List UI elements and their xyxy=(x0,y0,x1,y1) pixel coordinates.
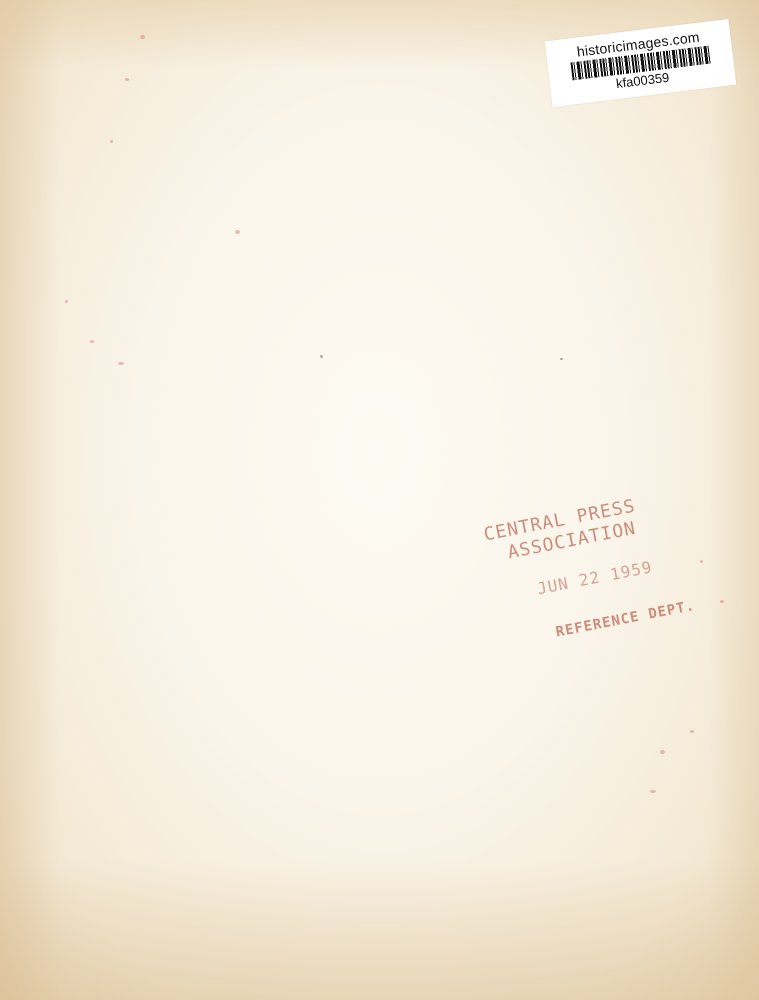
foxing-spot xyxy=(140,35,145,39)
foxing-spot xyxy=(650,790,656,793)
stain-right xyxy=(709,0,759,1000)
stain-bottom xyxy=(0,860,759,1000)
foxing-spot xyxy=(560,358,563,360)
foxing-spot xyxy=(660,750,665,754)
foxing-spot xyxy=(720,600,724,603)
stamp-date: JUN 22 1959 xyxy=(536,557,654,598)
foxing-spot xyxy=(90,340,94,343)
foxing-spot xyxy=(690,730,694,733)
stamp-dept: REFERENCE DEPT. xyxy=(555,598,697,641)
foxing-spot xyxy=(118,362,124,365)
foxing-spot xyxy=(110,140,113,143)
foxing-spot xyxy=(320,355,323,358)
foxing-spot xyxy=(235,230,240,234)
stain-left xyxy=(0,0,60,1000)
foxing-spot xyxy=(125,78,129,81)
foxing-spot xyxy=(65,300,68,303)
